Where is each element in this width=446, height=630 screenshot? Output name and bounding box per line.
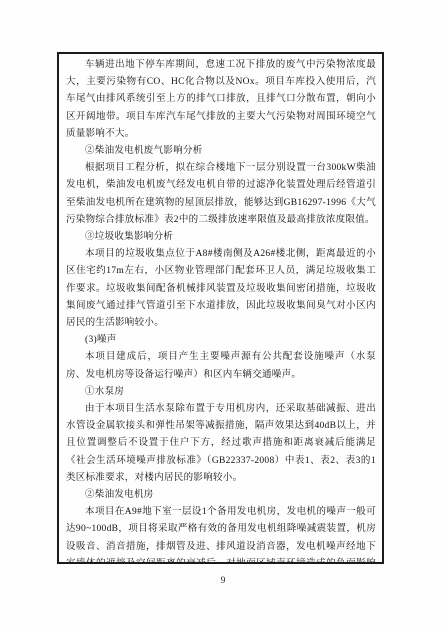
section-heading: ②柴油发电机房 <box>66 487 376 504</box>
paragraph: 本项目建成后，项目产生主要噪声源有公共配套设施噪声（水泵房、发电机房等设备运行噪… <box>66 349 376 383</box>
section-heading: ①水泵房 <box>66 384 376 401</box>
paragraph: 本项目的垃圾收集点位于A8#楼南侧及A26#楼北侧，距离最近的小区住宅约17m左… <box>66 246 376 332</box>
page-number: 9 <box>0 576 446 586</box>
content-box: 车辆进出地下停车库期间，怠速工况下排放的废气中污染物浓度最大，主要污染物有CO、… <box>57 52 384 564</box>
section-heading: ②柴油发电机废气影响分析 <box>66 143 376 160</box>
paragraph: 根据项目工程分析，拟在综合楼地下一层分别设置一台300kW柴油发电机，柴油发电机… <box>66 160 376 229</box>
paragraph: 车辆进出地下停车库期间，怠速工况下排放的废气中污染物浓度最大，主要污染物有CO、… <box>66 57 376 143</box>
paragraph: 本项目在A9#地下室一层设1个备用发电机房，发电机的噪声一般可达90~100dB… <box>66 504 376 564</box>
section-heading: ③垃圾收集影响分析 <box>66 229 376 246</box>
section-heading: (3)噪声 <box>66 332 376 349</box>
paragraph: 由于本项目生活水泵除布置于专用机房内，还采取基础减振、进出水管设金属软接头和弹性… <box>66 401 376 487</box>
document-page: 车辆进出地下停车库期间，怠速工况下排放的废气中污染物浓度最大，主要污染物有CO、… <box>0 0 446 630</box>
